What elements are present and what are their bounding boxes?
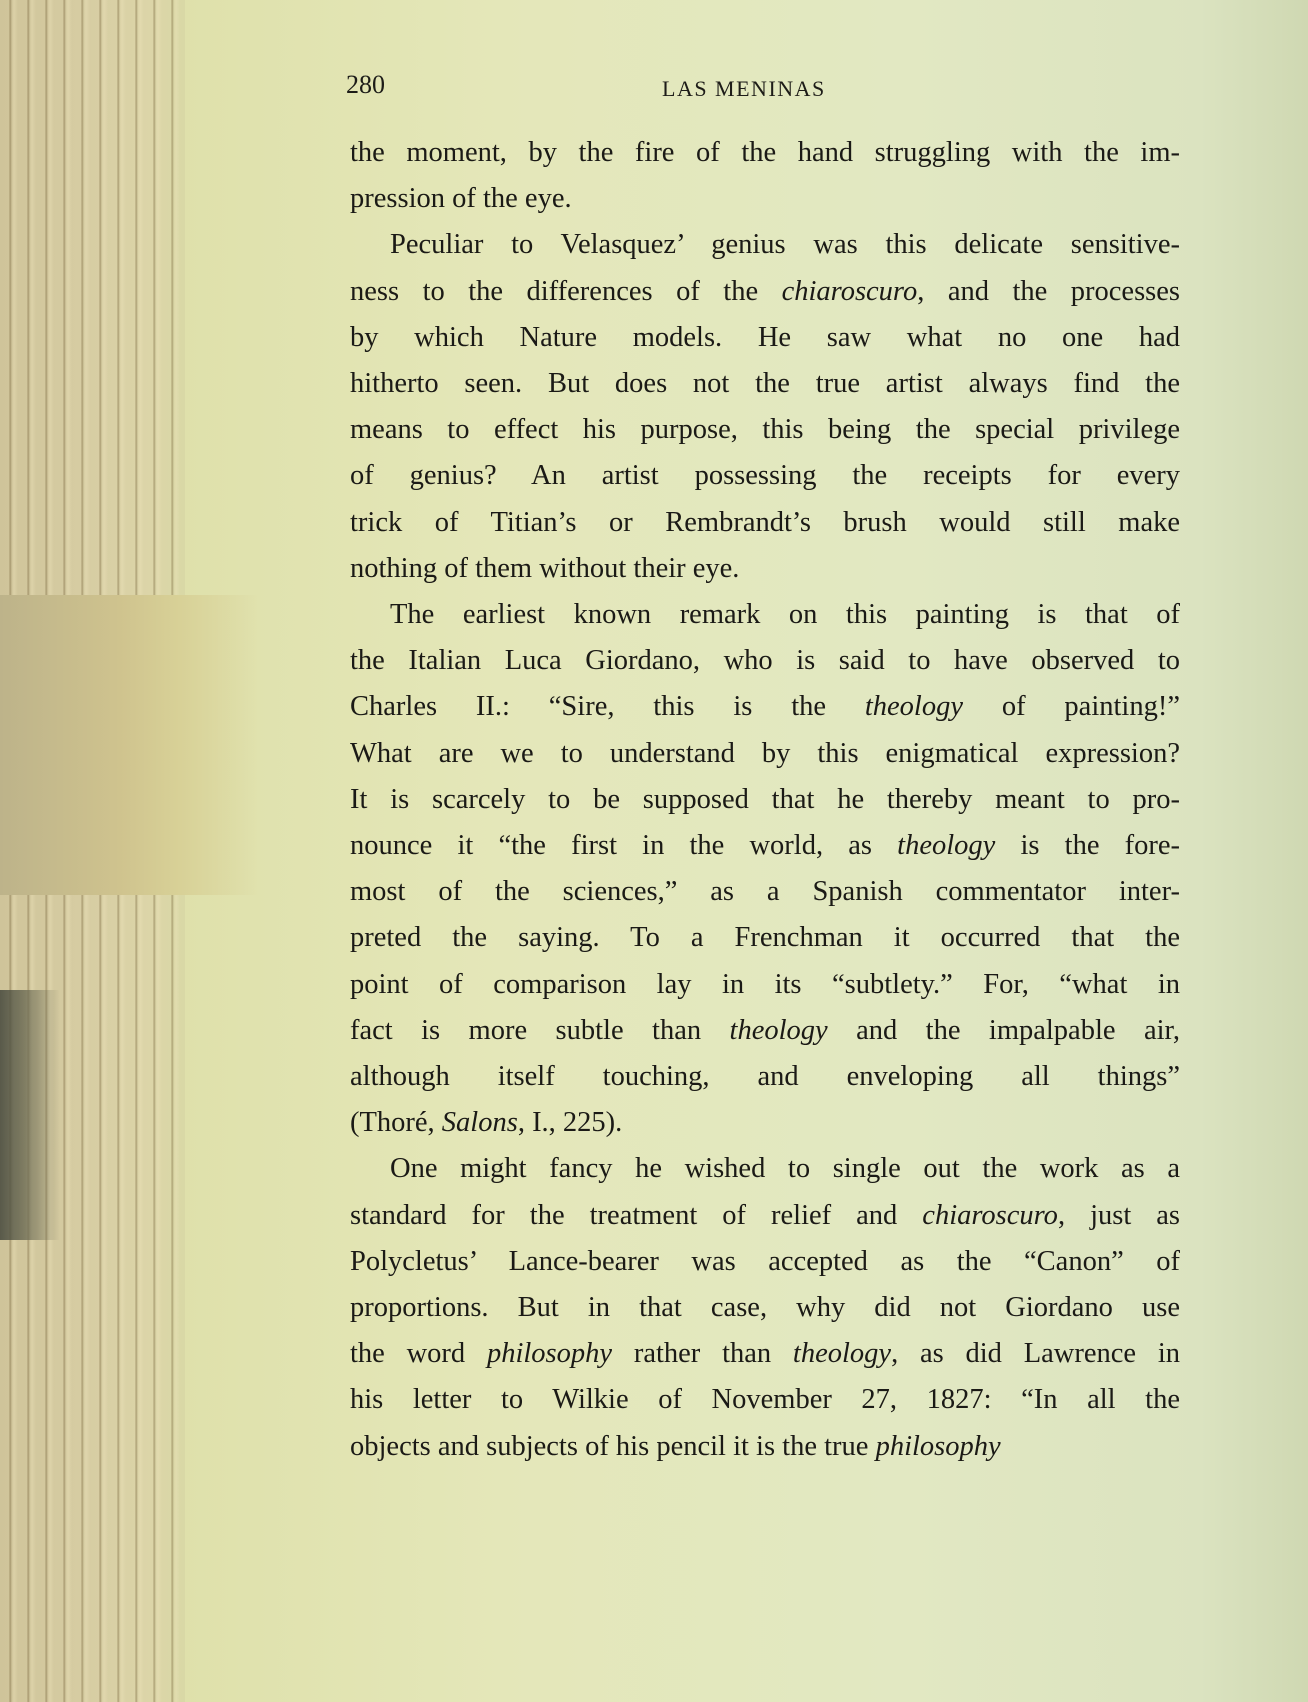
- paragraph: One might fancy he wished to single out …: [350, 1146, 1180, 1469]
- page-number: 280: [346, 70, 385, 100]
- text-line: nounce it “the first in the world, as th…: [350, 823, 1180, 869]
- page-edges-shadow: [0, 595, 260, 895]
- text-line: trick of Titian’s or Rembrandt’s brush w…: [350, 500, 1180, 546]
- text-line: point of comparison lay in its “subtlety…: [350, 962, 1180, 1008]
- italic-term: chiaroscuro: [782, 276, 918, 307]
- text-line: One might fancy he wished to single out …: [350, 1146, 1180, 1192]
- text-line: of genius? An artist possessing the rece…: [350, 453, 1180, 499]
- text-line: by which Nature models. He saw what no o…: [350, 315, 1180, 361]
- body-text: the moment, by the fire of the hand stru…: [350, 130, 1180, 1470]
- text-line: means to effect his purpose, this being …: [350, 407, 1180, 453]
- text-line: the Italian Luca Giordano, who is said t…: [350, 638, 1180, 684]
- text-line: proportions. But in that case, why did n…: [350, 1285, 1180, 1331]
- text-line: preted the saying. To a Frenchman it occ…: [350, 915, 1180, 961]
- text-line: pression of the eye.: [350, 176, 1180, 222]
- text-line: objects and subjects of his pencil it is…: [350, 1424, 1180, 1470]
- text-line: (Thoré, Salons, I., 225).: [350, 1100, 1180, 1146]
- paragraph: The earliest known remark on this painti…: [350, 592, 1180, 1146]
- paragraph: Peculiar to Velasquez’ genius was this d…: [350, 222, 1180, 592]
- text-line: although itself touching, and enveloping…: [350, 1054, 1180, 1100]
- paragraph: the moment, by the fire of the hand stru…: [350, 130, 1180, 222]
- text-line: What are we to understand by this enigma…: [350, 731, 1180, 777]
- text-line: the moment, by the fire of the hand stru…: [350, 130, 1180, 176]
- text-line: nothing of them without their eye.: [350, 546, 1180, 592]
- italic-term: philosophy: [876, 1431, 1001, 1462]
- text-line: hitherto seen. But does not the true art…: [350, 361, 1180, 407]
- text-line: the word philosophy rather than theology…: [350, 1331, 1180, 1377]
- text-line: Peculiar to Velasquez’ genius was this d…: [350, 222, 1180, 268]
- italic-term: theology: [865, 691, 963, 722]
- italic-term: theology: [730, 1015, 828, 1046]
- text-line: The earliest known remark on this painti…: [350, 592, 1180, 638]
- text-line: most of the sciences,” as a Spanish comm…: [350, 869, 1180, 915]
- text-line: Polycletus’ Lance-bearer was accepted as…: [350, 1239, 1180, 1285]
- text-line: standard for the treatment of relief and…: [350, 1193, 1180, 1239]
- italic-term: philosophy: [487, 1338, 612, 1369]
- italic-term: Salons: [442, 1107, 518, 1138]
- book-page: 280 LAS MENINAS the moment, by the fire …: [0, 0, 1308, 1702]
- text-line: his letter to Wilkie of November 27, 182…: [350, 1377, 1180, 1423]
- italic-term: chiaroscuro: [922, 1200, 1058, 1231]
- page-edges-dark-region: [0, 990, 60, 1240]
- text-line: Charles II.: “Sire, this is the theology…: [350, 684, 1180, 730]
- italic-term: theology: [897, 830, 995, 861]
- page-header: 280 LAS MENINAS: [346, 70, 1176, 110]
- text-line: fact is more subtle than theology and th…: [350, 1008, 1180, 1054]
- text-line: It is scarcely to be supposed that he th…: [350, 777, 1180, 823]
- text-line: ness to the differences of the chiaroscu…: [350, 269, 1180, 315]
- italic-term: theology: [793, 1338, 891, 1369]
- running-title: LAS MENINAS: [662, 76, 826, 102]
